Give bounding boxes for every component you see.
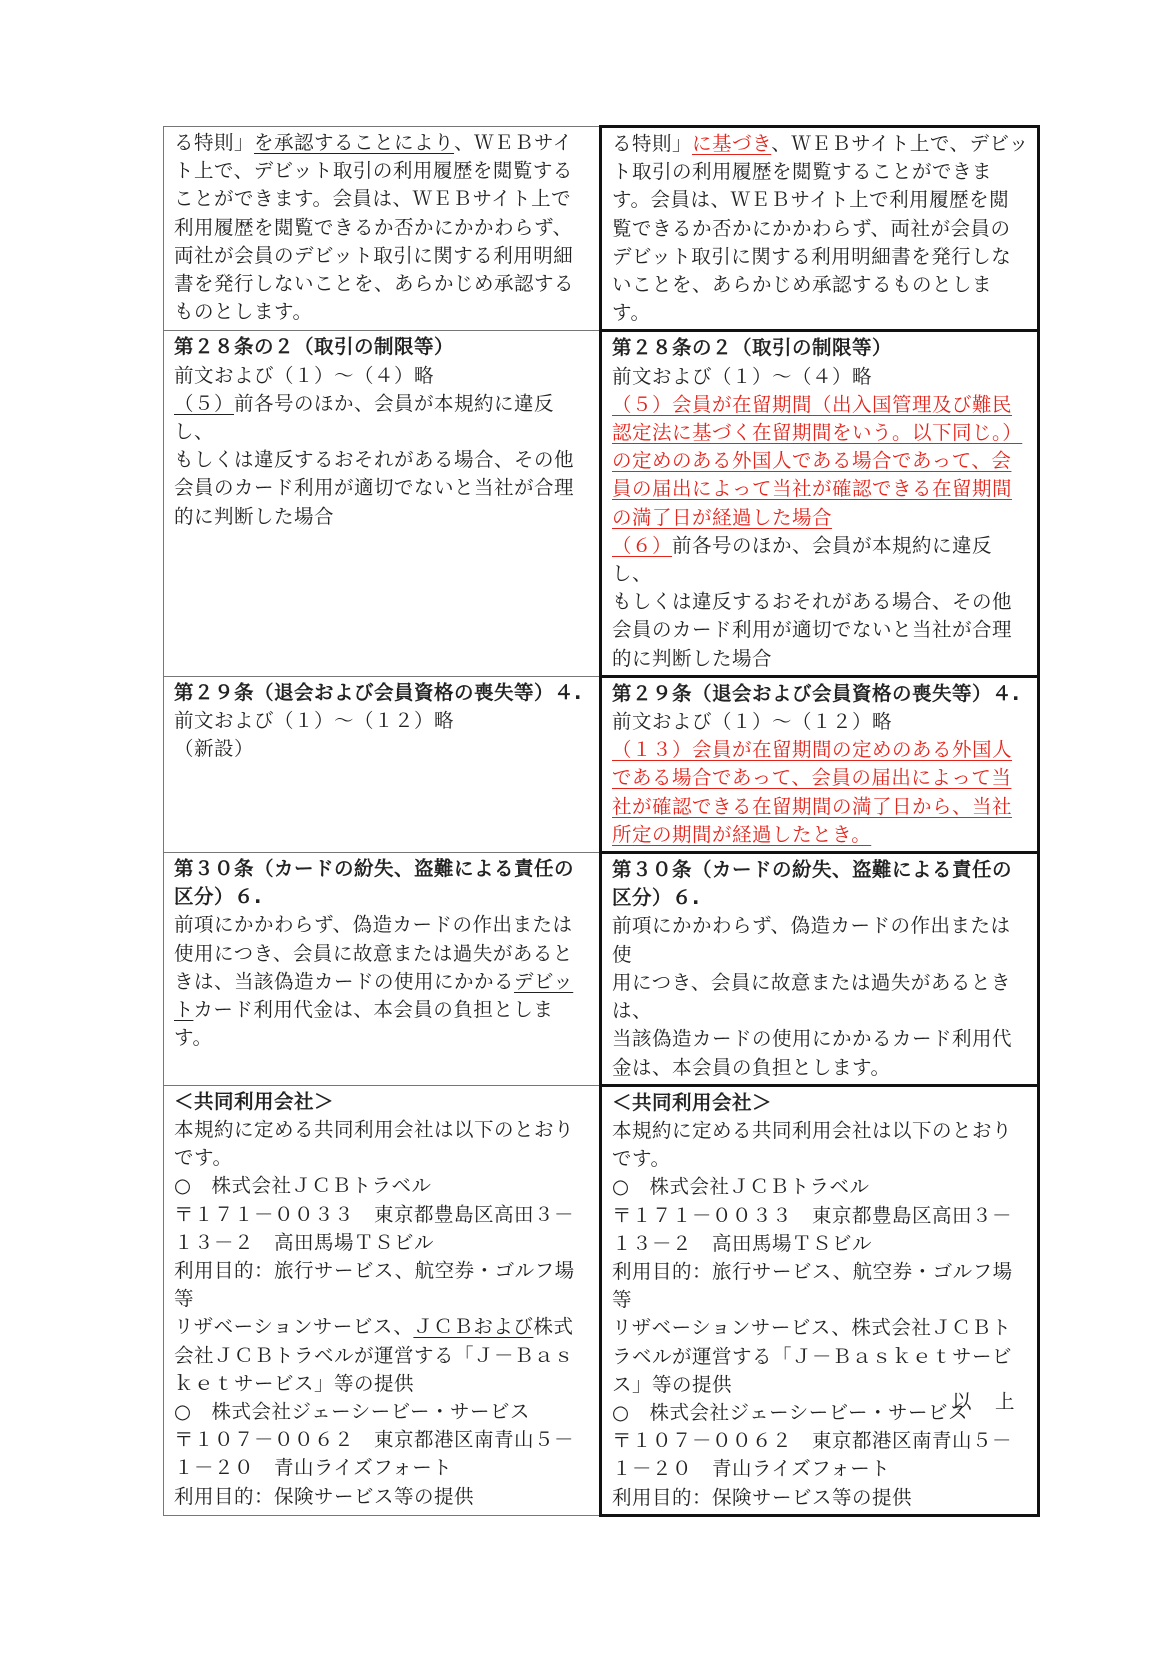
revised-red-text: である場合であって、会員の届出によって当	[612, 766, 1011, 789]
clause-line: デビット取引に関する利用明細書を発行しな	[612, 243, 1029, 271]
clause-text: 、ＷＥＢサイ	[454, 131, 573, 154]
clause-line: 前項にかかわらず、偽造カードの作出または	[174, 911, 591, 939]
clause-line: 利用目的：旅行サービス、航空券・ゴルフ場等	[174, 1257, 591, 1313]
clause-text: 前文および（１）～（４）略	[612, 365, 872, 388]
clause-line: 第３０条（カードの紛失、盗難による責任の	[612, 856, 1029, 884]
old-clause-cell: ＜共同利用会社＞本規約に定める共同利用会社は以下のとおりです。○ 株式会社ＪＣＢ…	[164, 1085, 601, 1515]
clause-line: 第２９条（退会および会員資格の喪失等）４.	[612, 680, 1029, 708]
clause-text: １３－２ 高田馬場ＴＳビル	[612, 1232, 872, 1255]
clause-line: 両社が会員のデビット取引に関する利用明細	[174, 242, 591, 270]
clause-text: す。会員は、ＷＥＢサイト上で利用履歴を閲	[612, 188, 1009, 211]
clause-line: 前項にかかわらず、偽造カードの作出または使	[612, 912, 1029, 968]
clause-line: 金は、本会員の負担とします。	[612, 1054, 1029, 1082]
document-page: る特則」を承認することにより、ＷＥＢサイト上で、デビット取引の利用履歴を閲覧する…	[163, 125, 1037, 1517]
clause-line: ト上で、デビット取引の利用履歴を閲覧する	[174, 157, 591, 185]
clause-text: ト上で、デビット取引の利用履歴を閲覧する	[174, 159, 573, 182]
clause-line: （５）会員が在留期間（出入国管理及び難民	[612, 391, 1029, 419]
clause-text: ○ 株式会社ジェーシービー・サービス	[612, 1401, 968, 1424]
clause-line: 社が確認できる在留期間の満了日から、当社	[612, 793, 1029, 821]
clause-line: いことを、あらかじめ承認するものとします。	[612, 271, 1029, 327]
revised-red-text: に基づき	[692, 132, 771, 155]
clause-text: ラベルが運営する「Ｊ－Ｂａｓｋｅｔサービ	[612, 1345, 1012, 1368]
clause-line: リザベーションサービス、株式会社ＪＣＢト	[612, 1314, 1029, 1342]
clause-line: 的に判断した場合	[612, 645, 1029, 673]
underlined-deleted-text: を承認することにより	[254, 131, 454, 154]
clause-line: 的に判断した場合	[174, 503, 591, 531]
clause-text: 利用目的：旅行サービス、航空券・ゴルフ場等	[174, 1259, 575, 1310]
clause-line: きは、当該偽造カードの使用にかかるデビッ	[174, 968, 591, 996]
clause-line: トカード利用代金は、本会員の負担とします。	[174, 996, 591, 1052]
clause-line: 利用目的：保険サービス等の提供	[174, 1483, 591, 1511]
clause-text: 用につき、会員に故意または過失があるときは、	[612, 971, 1011, 1022]
revised-red-text: （１３）会員が在留期間の定めのある外国人	[612, 738, 1012, 761]
clause-text: ことができます。会員は、ＷＥＢサイト上で	[174, 187, 571, 210]
old-clause-cell: 第２８条の２（取引の制限等）前文および（１）～（４）略（５）前各号のほか、会員が…	[164, 331, 601, 676]
clause-line: もしくは違反するおそれがある場合、その他	[612, 588, 1029, 616]
clause-text: 前文および（１）～（１２）略	[612, 710, 892, 733]
clause-line: 認定法に基づく在留期間をいう。以下同じ。）	[612, 419, 1029, 447]
new-clause-cell: 第２８条の２（取引の制限等）前文および（１）～（４）略（５）会員が在留期間（出入…	[601, 331, 1039, 676]
revised-red-text: の満了日が経過した場合	[612, 506, 832, 529]
revised-red-text: 所定の期間が経過したとき。	[612, 823, 871, 846]
article-heading: ＜共同利用会社＞	[612, 1091, 772, 1114]
clause-text: リザベーションサービス、株式会社ＪＣＢト	[612, 1316, 1011, 1339]
clause-line: 利用目的：旅行サービス、航空券・ゴルフ場等	[612, 1258, 1029, 1314]
clause-line: １－２０ 青山ライズフォート	[612, 1455, 1029, 1483]
clause-line: 使用につき、会員に故意または過失があると	[174, 940, 591, 968]
underlined-deleted-text: デビッ	[514, 970, 573, 993]
article-heading: 第３０条（カードの紛失、盗難による責任の	[174, 857, 574, 880]
clause-text: １３－２ 高田馬場ＴＳビル	[174, 1231, 434, 1254]
old-clause-cell: 第２９条（退会および会員資格の喪失等）４.前文および（１）～（１２）略（新設）	[164, 676, 601, 852]
article-heading: 第２８条の２（取引の制限等）	[612, 336, 892, 359]
clause-line: １３－２ 高田馬場ＴＳビル	[174, 1229, 591, 1257]
old-clause-cell: 第３０条（カードの紛失、盗難による責任の区分）６.前項にかかわらず、偽造カードの…	[164, 853, 601, 1086]
clause-text: ○ 株式会社ジェーシービー・サービス	[174, 1400, 530, 1423]
clause-text: 利用目的：旅行サービス、航空券・ゴルフ場等	[612, 1260, 1013, 1311]
clause-text: カード利用代金は、本会員の負担とします。	[174, 998, 553, 1049]
clause-text: ト取引の利用履歴を閲覧することができま	[612, 160, 992, 183]
clause-text: 前項にかかわらず、偽造カードの作出または使	[612, 914, 1010, 965]
clause-text: 金は、本会員の負担とします。	[612, 1056, 890, 1079]
clause-line: 利用目的：保険サービス等の提供	[612, 1484, 1029, 1512]
revised-red-text: 社が確認できる在留期間の満了日から、当社	[612, 795, 1012, 818]
clause-line: 前文および（１）～（４）略	[174, 362, 591, 390]
clause-line: ○ 株式会社ジェーシービー・サービス	[174, 1398, 591, 1426]
revised-red-text: の定めのある外国人である場合であって、会	[612, 449, 1011, 472]
clause-text: 〒１０７－００６２ 東京都港区南青山５－	[174, 1428, 574, 1451]
clause-line: 当該偽造カードの使用にかかるカード利用代	[612, 1025, 1029, 1053]
clause-line: 覧できるか否かにかかわらず、両社が会員の	[612, 215, 1029, 243]
revision-comparison-table: る特則」を承認することにより、ＷＥＢサイト上で、デビット取引の利用履歴を閲覧する…	[163, 125, 1040, 1517]
clause-text: 本規約に定める共同利用会社は以下のとおり	[612, 1119, 1012, 1142]
clause-line: 所定の期間が経過したとき。	[612, 821, 1029, 849]
clause-line: 会員のカード利用が適切でないと当社が合理	[612, 616, 1029, 644]
clause-text: 前文および（１）～（４）略	[174, 364, 434, 387]
clause-text: 覧できるか否かにかかわらず、両社が会員の	[612, 217, 1010, 240]
clause-text: ○ 株式会社ＪＣＢトラベル	[174, 1174, 432, 1197]
clause-line: す。会員は、ＷＥＢサイト上で利用履歴を閲	[612, 186, 1029, 214]
clause-text: ｋｅｔサービス」等の提供	[174, 1372, 414, 1395]
clause-text: もしくは違反するおそれがある場合、その他	[174, 448, 574, 471]
clause-line: ＜共同利用会社＞	[612, 1089, 1029, 1117]
underlined-deleted-text: ＪＣＢおよび	[413, 1315, 533, 1338]
clause-line: 利用履歴を閲覧できるか否かにかかわらず、	[174, 214, 591, 242]
clause-line: 書を発行しないことを、あらかじめ承認する	[174, 270, 591, 298]
table-row: 第３０条（カードの紛失、盗難による責任の区分）６.前項にかかわらず、偽造カードの…	[164, 853, 1039, 1086]
clause-line: 前文および（１）～（１２）略	[612, 708, 1029, 736]
clause-text: 、ＷＥＢサイト上で、デビッ	[771, 132, 1028, 155]
old-clause-cell: る特則」を承認することにより、ＷＥＢサイト上で、デビット取引の利用履歴を閲覧する…	[164, 127, 601, 331]
clause-line: （新設）	[174, 735, 591, 763]
clause-line: ＜共同利用会社＞	[174, 1088, 591, 1116]
clause-text: 株式	[533, 1315, 573, 1338]
clause-line: の満了日が経過した場合	[612, 504, 1029, 532]
clause-line: 〒１７１－００３３ 東京都豊島区高田３－	[174, 1201, 591, 1229]
article-heading: 第２８条の２（取引の制限等）	[174, 335, 454, 358]
clause-line: 〒１０７－００６２ 東京都港区南青山５－	[612, 1427, 1029, 1455]
clause-line: （６）前各号のほか、会員が本規約に違反し、	[612, 532, 1029, 588]
clause-text: 利用目的：保険サービス等の提供	[612, 1486, 912, 1509]
clause-line: る特則」を承認することにより、ＷＥＢサイ	[174, 129, 591, 157]
clause-text: ○ 株式会社ＪＣＢトラベル	[612, 1175, 870, 1198]
clause-line: 用につき、会員に故意または過失があるときは、	[612, 969, 1029, 1025]
article-heading: 区分）６.	[612, 886, 700, 909]
clause-text: です。	[612, 1147, 670, 1170]
new-clause-cell: 第３０条（カードの紛失、盗難による責任の区分）６.前項にかかわらず、偽造カードの…	[601, 853, 1039, 1086]
clause-line: （１３）会員が在留期間の定めのある外国人	[612, 736, 1029, 764]
article-heading: 第２９条（退会および会員資格の喪失等）４.	[612, 682, 1020, 705]
new-clause-cell: 第２９条（退会および会員資格の喪失等）４.前文および（１）～（１２）略（１３）会…	[601, 676, 1039, 852]
clause-text: 的に判断した場合	[612, 647, 772, 670]
clause-text: デビット取引に関する利用明細書を発行しな	[612, 245, 1011, 268]
clause-text: 前項にかかわらず、偽造カードの作出または	[174, 913, 572, 936]
clause-text: 利用履歴を閲覧できるか否かにかかわらず、	[174, 216, 572, 239]
clause-text: ス」等の提供	[612, 1373, 732, 1396]
clause-line: ○ 株式会社ＪＣＢトラベル	[612, 1173, 1029, 1201]
clause-text: る特則」	[612, 132, 692, 155]
clause-line: 第２８条の２（取引の制限等）	[612, 334, 1029, 362]
clause-text: 的に判断した場合	[174, 505, 334, 528]
clause-line: です。	[612, 1145, 1029, 1173]
new-clause-cell: る特則」に基づき、ＷＥＢサイト上で、デビット取引の利用履歴を閲覧することができま…	[601, 127, 1039, 331]
clause-text: 両社が会員のデビット取引に関する利用明細	[174, 244, 573, 267]
clause-text: （新設）	[174, 737, 254, 760]
clause-line: 第３０条（カードの紛失、盗難による責任の	[174, 855, 591, 883]
clause-line: ラベルが運営する「Ｊ－Ｂａｓｋｅｔサービ	[612, 1343, 1029, 1371]
clause-text: いことを、あらかじめ承認するものとします。	[612, 273, 992, 324]
clause-text: 書を発行しないことを、あらかじめ承認する	[174, 272, 574, 295]
clause-text: 当該偽造カードの使用にかかるカード利用代	[612, 1027, 1012, 1050]
table-row: 第２９条（退会および会員資格の喪失等）４.前文および（１）～（１２）略（新設）第…	[164, 676, 1039, 852]
clause-line: 第２９条（退会および会員資格の喪失等）４.	[174, 679, 591, 707]
clause-text: 使用につき、会員に故意または過失があると	[174, 942, 573, 965]
clause-text: １－２０ 青山ライズフォート	[612, 1457, 890, 1480]
article-heading: 第２９条（退会および会員資格の喪失等）４.	[174, 681, 582, 704]
clause-line: である場合であって、会員の届出によって当	[612, 764, 1029, 792]
clause-text: 前文および（１）～（１２）略	[174, 709, 454, 732]
clause-line: 区分）６.	[174, 883, 591, 911]
clause-text: １－２０ 青山ライズフォート	[174, 1456, 452, 1479]
article-heading: 第３０条（カードの紛失、盗難による責任の	[612, 858, 1012, 881]
clause-line: です。	[174, 1144, 591, 1172]
revised-red-text: （５）会員が在留期間（出入国管理及び難民	[612, 393, 1012, 416]
clause-line: １３－２ 高田馬場ＴＳビル	[612, 1230, 1029, 1258]
clause-text: リザベーションサービス、	[174, 1315, 413, 1338]
clause-line: の定めのある外国人である場合であって、会	[612, 447, 1029, 475]
table-row: ＜共同利用会社＞本規約に定める共同利用会社は以下のとおりです。○ 株式会社ＪＣＢ…	[164, 1085, 1039, 1515]
clause-line: ○ 株式会社ＪＣＢトラベル	[174, 1172, 591, 1200]
clause-line: １－２０ 青山ライズフォート	[174, 1454, 591, 1482]
clause-line: 〒１０７－００６２ 東京都港区南青山５－	[174, 1426, 591, 1454]
clause-text: 〒１７１－００３３ 東京都豊島区高田３－	[612, 1204, 1012, 1227]
clause-text: 本規約に定める共同利用会社は以下のとおり	[174, 1118, 574, 1141]
clause-line: 本規約に定める共同利用会社は以下のとおり	[174, 1116, 591, 1144]
clause-text: です。	[174, 1146, 232, 1169]
clause-line: 前文および（１）～（４）略	[612, 363, 1029, 391]
clause-line: ト取引の利用履歴を閲覧することができま	[612, 158, 1029, 186]
clause-text: 〒１０７－００６２ 東京都港区南青山５－	[612, 1429, 1012, 1452]
underlined-deleted-text: （５）	[174, 392, 234, 415]
clause-text: もしくは違反するおそれがある場合、その他	[612, 590, 1012, 613]
table-row: る特則」を承認することにより、ＷＥＢサイト上で、デビット取引の利用履歴を閲覧する…	[164, 127, 1039, 331]
clause-line: 第２８条の２（取引の制限等）	[174, 333, 591, 361]
clause-line: （５）前各号のほか、会員が本規約に違反し、	[174, 390, 591, 446]
underlined-deleted-text: ト	[174, 998, 193, 1021]
clause-line: 会社ＪＣＢトラベルが運営する「Ｊ－Ｂａｓ	[174, 1342, 591, 1370]
clause-text: きは、当該偽造カードの使用にかかる	[174, 970, 514, 993]
revised-red-text: （６）	[612, 534, 672, 557]
table-row: 第２８条の２（取引の制限等）前文および（１）～（４）略（５）前各号のほか、会員が…	[164, 331, 1039, 676]
clause-line: ものとします。	[174, 298, 591, 326]
clause-text: 会員のカード利用が適切でないと当社が合理	[174, 476, 574, 499]
clause-line: る特則」に基づき、ＷＥＢサイト上で、デビッ	[612, 130, 1029, 158]
clause-text: る特則」	[174, 131, 254, 154]
revised-red-text: 員の届出によって当社が確認できる在留期間	[612, 477, 1012, 500]
clause-line: リザベーションサービス、ＪＣＢおよび株式	[174, 1313, 591, 1341]
clause-text: 会社ＪＣＢトラベルが運営する「Ｊ－Ｂａｓ	[174, 1344, 574, 1367]
clause-text: 利用目的：保険サービス等の提供	[174, 1485, 474, 1508]
clause-line: 本規約に定める共同利用会社は以下のとおり	[612, 1117, 1029, 1145]
clause-line: 員の届出によって当社が確認できる在留期間	[612, 475, 1029, 503]
revised-red-text: 認定法に基づく在留期間をいう。以下同じ。）	[612, 421, 1022, 444]
clause-line: 区分）６.	[612, 884, 1029, 912]
article-heading: 区分）６.	[174, 885, 262, 908]
clause-text: 会員のカード利用が適切でないと当社が合理	[612, 618, 1012, 641]
clause-line: 会員のカード利用が適切でないと当社が合理	[174, 474, 591, 502]
clause-line: ｋｅｔサービス」等の提供	[174, 1370, 591, 1398]
article-heading: ＜共同利用会社＞	[174, 1090, 334, 1113]
clause-text: ものとします。	[174, 300, 312, 323]
clause-line: ことができます。会員は、ＷＥＢサイト上で	[174, 185, 591, 213]
new-clause-cell: ＜共同利用会社＞本規約に定める共同利用会社は以下のとおりです。○ 株式会社ＪＣＢ…	[601, 1085, 1039, 1515]
clause-line: 前文および（１）～（１２）略	[174, 707, 591, 735]
clause-line: もしくは違反するおそれがある場合、その他	[174, 446, 591, 474]
closing-mark: 以 上	[952, 1386, 1017, 1414]
clause-line: 〒１７１－００３３ 東京都豊島区高田３－	[612, 1202, 1029, 1230]
clause-text: 〒１７１－００３３ 東京都豊島区高田３－	[174, 1203, 574, 1226]
